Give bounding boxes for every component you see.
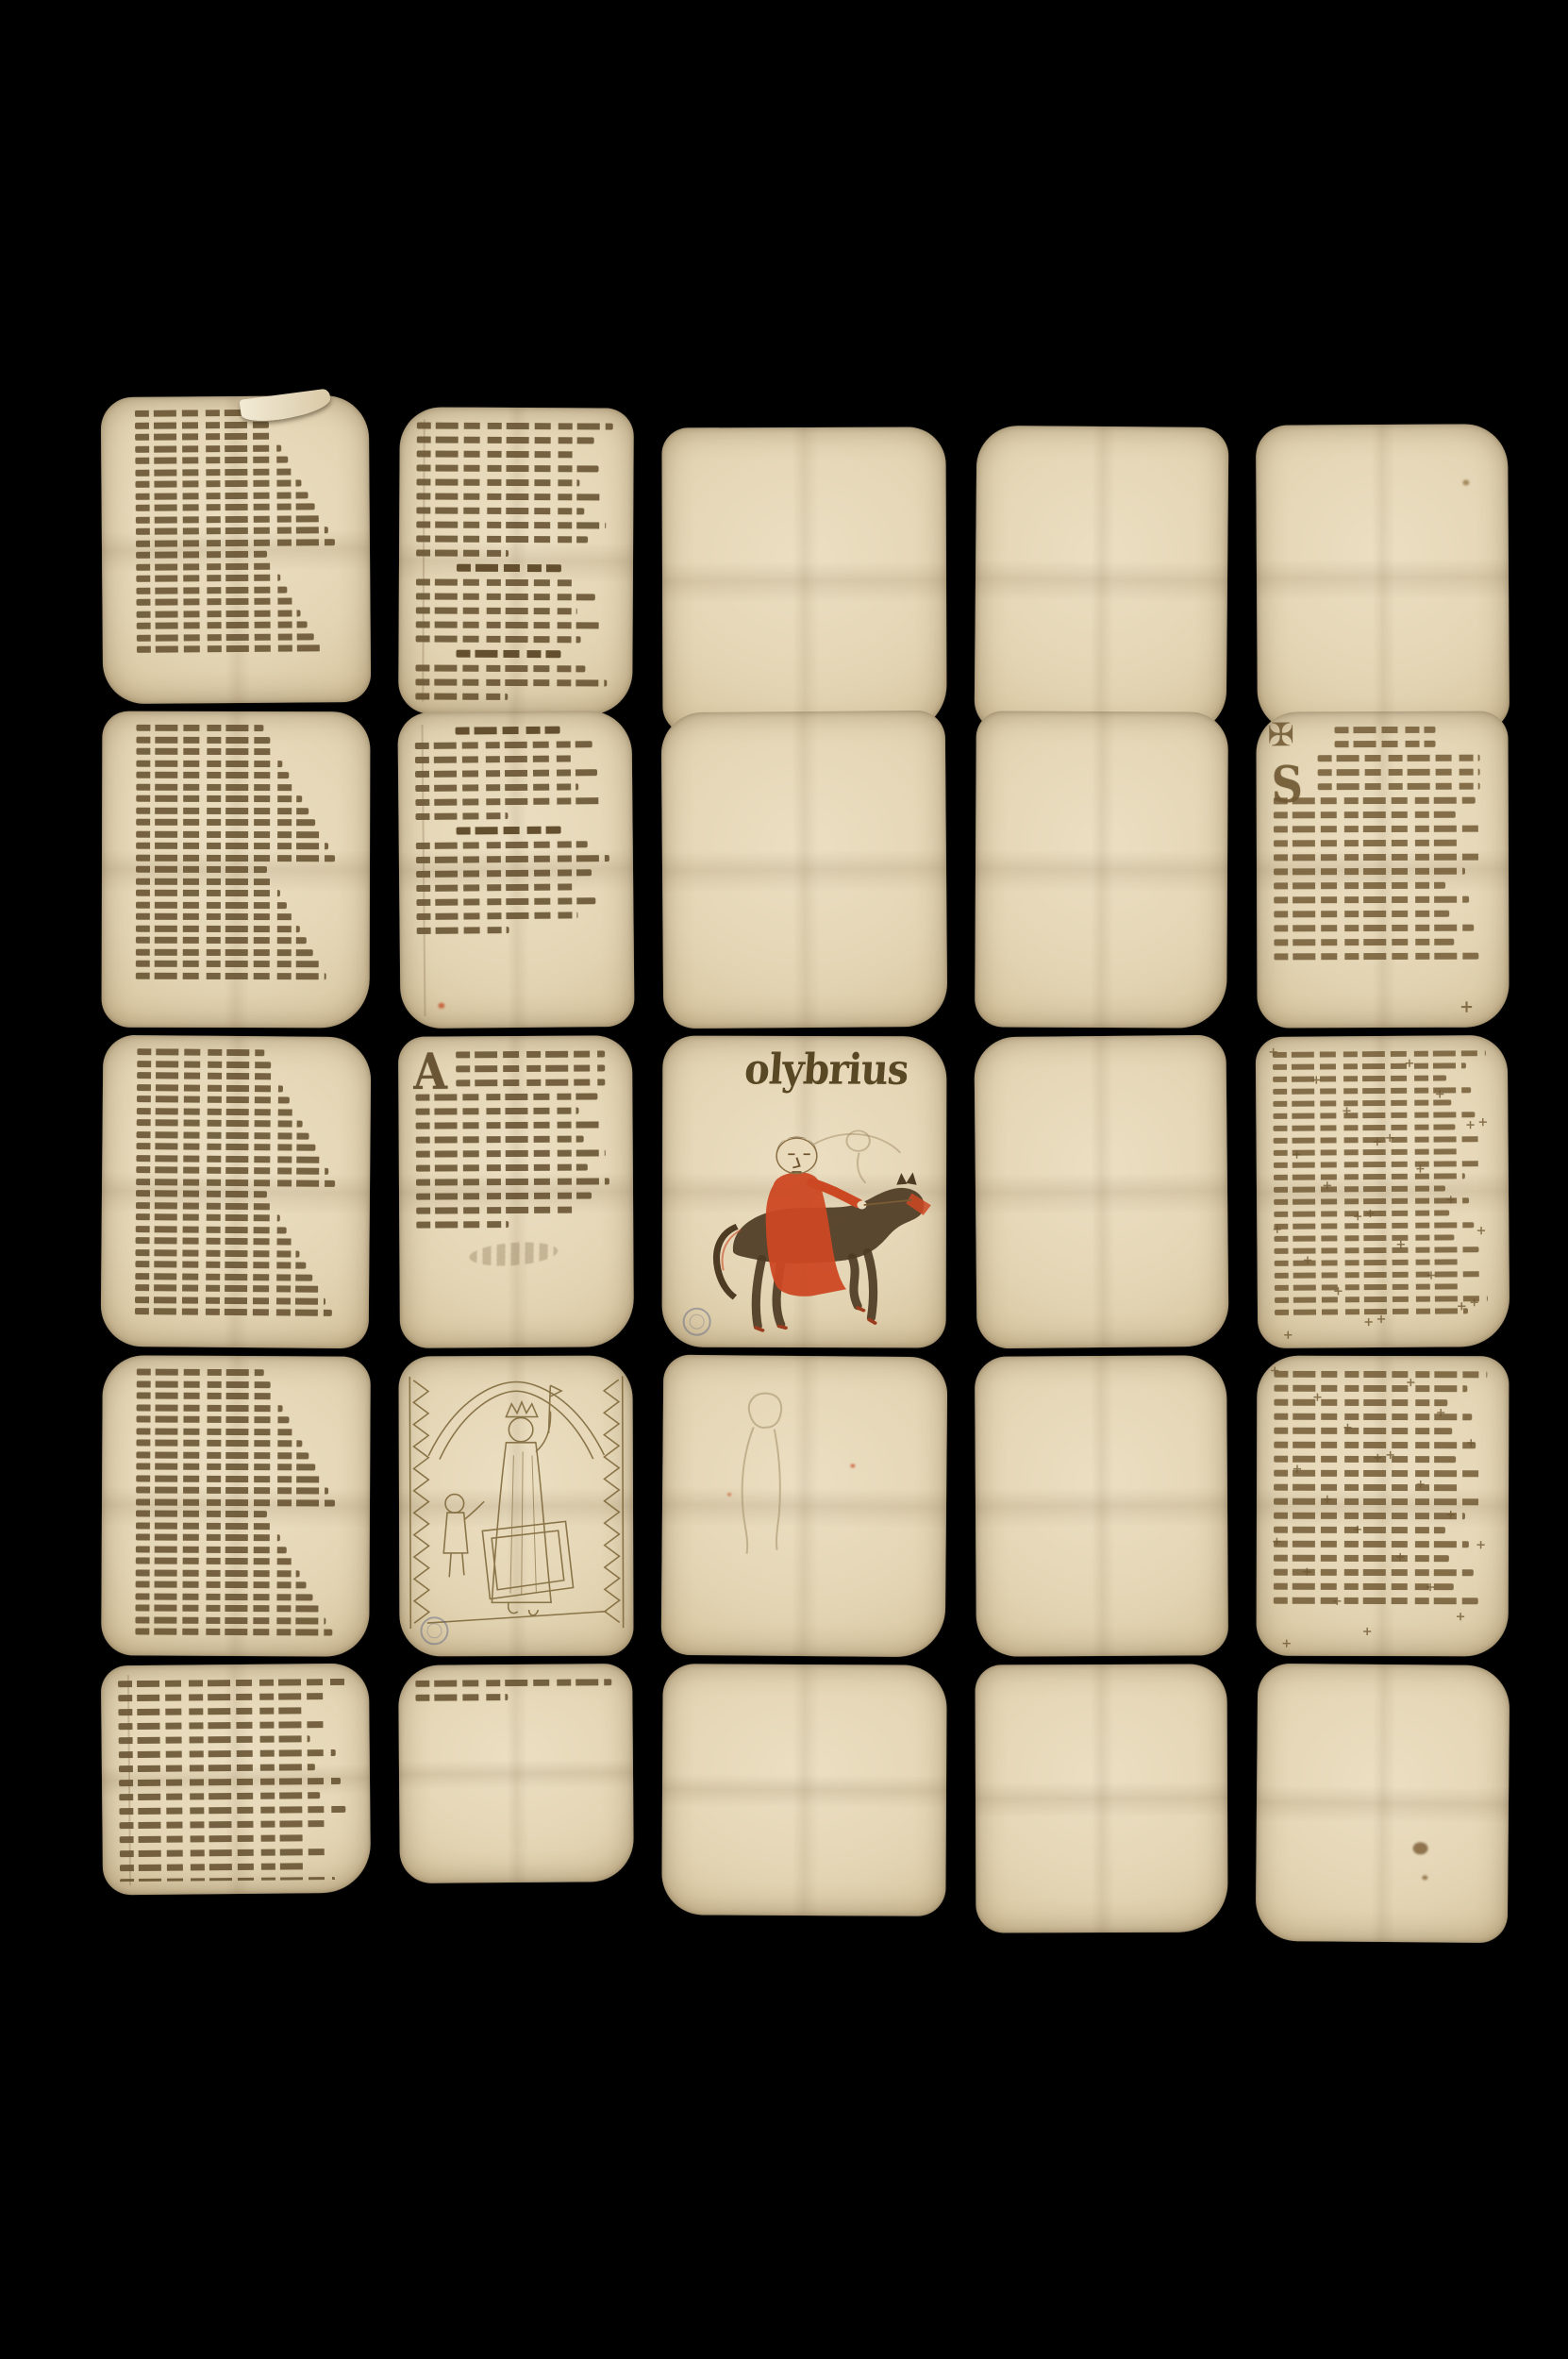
script-line: [136, 1213, 280, 1221]
panel-r4c3-sketch: [661, 1355, 948, 1658]
script-line: [135, 1308, 332, 1316]
script-line: [1274, 1513, 1465, 1520]
script-line: [135, 421, 269, 428]
script-line: [136, 586, 287, 594]
script-line: [1274, 1555, 1449, 1562]
script-line: [136, 1155, 322, 1163]
script-line: [136, 961, 320, 968]
panel-r5c3-blank: [661, 1664, 946, 1916]
script-line: [1274, 1598, 1478, 1605]
script-line: [136, 866, 267, 873]
script-line: [1274, 1470, 1480, 1478]
panel-r2c4-blank: [975, 711, 1228, 1028]
script-line: [119, 1778, 341, 1786]
script-line: [1274, 1484, 1460, 1492]
script-line: [1274, 1456, 1456, 1464]
script-text-block: [135, 1368, 356, 1643]
script-line: [416, 493, 602, 500]
script-line: [118, 1707, 305, 1715]
script-line: [1274, 1161, 1485, 1168]
script-line: [135, 1297, 325, 1305]
script-line: [1273, 1124, 1455, 1131]
script-line: [1275, 1271, 1483, 1279]
panel-r4c5-prose: ++++++++++++++++++++++: [1257, 1356, 1510, 1657]
plus-cross-icon: +: [1303, 1255, 1313, 1267]
script-text-block: [136, 725, 356, 1015]
panel-r2c2-prose: [397, 711, 634, 1029]
script-line: [1274, 925, 1474, 932]
faint-figure-sketch: [699, 1374, 890, 1593]
script-line: [416, 841, 588, 849]
plus-cross-icon: +: [1395, 1238, 1406, 1250]
script-line: [136, 1439, 302, 1447]
plus-cross-icon: +: [1456, 1611, 1466, 1623]
panel-r3c2-prose: A: [398, 1035, 634, 1348]
script-line: [416, 549, 509, 557]
script-line: [1274, 854, 1485, 862]
script-line: [136, 783, 295, 790]
script-line: [1274, 882, 1445, 890]
panel-r2c5-prose: S✠+: [1256, 711, 1509, 1029]
plus-cross-icon: +: [1385, 1132, 1395, 1145]
script-line: [136, 1475, 322, 1482]
script-line: [136, 1546, 287, 1553]
plus-cross-icon: +: [1445, 1195, 1456, 1207]
script-line: [1274, 1371, 1487, 1379]
script-line: [137, 1404, 283, 1412]
script-line: [1274, 1428, 1452, 1434]
plus-cross-icon: +: [1372, 1136, 1382, 1148]
script-line: [415, 755, 575, 763]
script-line: [1274, 939, 1454, 946]
script-line: [136, 1486, 328, 1494]
script-line: [415, 783, 578, 792]
script-line: [136, 1166, 328, 1175]
faint-numeral-scrawl: [468, 1239, 559, 1268]
panel-r1c4-blank: [975, 426, 1229, 734]
script-line: [135, 433, 275, 441]
plus-cross-icon: +: [1476, 1225, 1487, 1237]
script-line: [136, 539, 335, 547]
plus-cross-icon: +: [1332, 1596, 1343, 1608]
plus-cross-icon: +: [1460, 999, 1474, 1016]
plus-cross-icon: +: [1477, 1116, 1488, 1129]
plus-cross-icon: +: [1268, 1046, 1278, 1059]
panel-r5c1-prose: [101, 1664, 371, 1896]
plus-cross-icon: +: [1281, 1638, 1292, 1650]
script-line: [415, 678, 607, 686]
plus-cross-icon: +: [1362, 1626, 1373, 1638]
script-line: [136, 562, 274, 570]
script-line: [1274, 826, 1480, 833]
script-line: [416, 578, 574, 586]
script-line: [136, 598, 293, 606]
script-line: [1317, 769, 1479, 777]
plus-cross-icon: +: [1406, 1377, 1416, 1389]
script-line: [119, 1735, 310, 1744]
script-line: [457, 564, 561, 573]
script-line: [415, 1679, 611, 1687]
script-text-block: [415, 422, 619, 701]
script-line: [119, 1764, 315, 1772]
script-line: [136, 1179, 335, 1187]
script-line: [136, 772, 289, 778]
script-line: [1274, 1498, 1485, 1506]
script-line: [136, 1569, 300, 1577]
script-line: [416, 478, 579, 486]
script-line: [135, 1593, 312, 1600]
script-line: [415, 741, 592, 749]
script-line: [135, 1604, 319, 1612]
script-line: [136, 1557, 293, 1564]
script-line: [137, 1368, 264, 1376]
cross-pattee-icon: ✠: [1267, 719, 1294, 751]
script-line: [136, 736, 270, 743]
script-line: [137, 1380, 271, 1388]
script-line: [416, 521, 606, 528]
plus-cross-icon: +: [1426, 1269, 1437, 1281]
plus-cross-icon: +: [1333, 1285, 1343, 1297]
script-line: [137, 610, 301, 617]
script-line: [416, 1193, 592, 1200]
script-line: [417, 450, 576, 458]
script-line: [136, 1415, 289, 1423]
script-line: [120, 1863, 309, 1871]
panel-r4c4-blank: [975, 1355, 1228, 1657]
script-line: [1273, 1050, 1486, 1058]
script-line: [136, 843, 328, 850]
script-line: [456, 650, 560, 659]
script-line: [1335, 727, 1436, 733]
script-line: [119, 1749, 336, 1758]
script-line: [119, 1806, 345, 1815]
plus-cross-icon: +: [1404, 1058, 1414, 1070]
plus-cross-icon: +: [1322, 1179, 1332, 1192]
decorated-initial-letter: A: [413, 1046, 447, 1096]
script-line: [1273, 1099, 1451, 1106]
plus-cross-icon: +: [1385, 1449, 1395, 1462]
script-line: [416, 855, 609, 863]
script-line: [1274, 1399, 1447, 1406]
script-line: [136, 1428, 295, 1435]
parchment-stain: [1462, 479, 1469, 485]
plus-cross-icon: +: [1292, 1464, 1302, 1476]
plus-cross-icon: +: [1302, 1565, 1312, 1578]
script-line: [118, 1721, 330, 1730]
panel-r2c3-blank: [661, 711, 948, 1029]
plus-cross-icon: +: [1426, 1581, 1436, 1594]
script-line: [416, 1178, 609, 1185]
script-line: [1317, 783, 1479, 791]
plus-cross-icon: +: [1312, 1392, 1323, 1404]
script-line: [1274, 1234, 1454, 1242]
script-line: [415, 797, 601, 806]
script-line: [119, 1820, 325, 1829]
script-line: [1274, 1197, 1469, 1205]
parchment-stain: [438, 1003, 444, 1009]
plus-cross-icon: +: [1395, 1551, 1406, 1564]
script-line: [136, 515, 322, 524]
script-line: [1274, 868, 1465, 876]
script-line: [417, 436, 594, 443]
script-text-block: [118, 1679, 356, 1882]
rider-drawing: [670, 1085, 940, 1339]
script-line: [416, 635, 582, 643]
library-stamp-icon: [420, 1616, 448, 1645]
library-stamp-icon: [683, 1308, 711, 1336]
script-line: [456, 1079, 605, 1086]
script-line: [416, 1221, 509, 1229]
parchment-stain: [1423, 1876, 1428, 1881]
script-line: [136, 1202, 274, 1210]
script-line: [120, 1849, 330, 1857]
script-line: [136, 1190, 267, 1197]
script-line: [1274, 896, 1469, 904]
script-line: [136, 937, 307, 944]
script-line: [136, 795, 302, 802]
panel-r3c1-verse: [101, 1035, 372, 1348]
script-line: [137, 1119, 303, 1128]
script-line: [136, 878, 274, 884]
script-line: [136, 575, 280, 582]
script-text-block: [415, 726, 620, 1015]
script-line: [416, 464, 598, 472]
plus-cross-icon: +: [1376, 1313, 1386, 1326]
script-line: [416, 607, 577, 614]
script-line: [1273, 1075, 1446, 1081]
panel-r3c5-prose: ++++++++++++++++++++++++++: [1256, 1035, 1510, 1348]
script-line: [416, 1121, 602, 1129]
panel-r5c4-blank: [976, 1665, 1228, 1933]
script-line: [136, 1581, 307, 1588]
script-line: [136, 901, 287, 908]
script-line: [1273, 1062, 1466, 1070]
script-line: [135, 1616, 325, 1624]
script-line: [137, 1048, 264, 1056]
script-line: [136, 1498, 335, 1506]
script-line: [416, 912, 577, 920]
script-line: [135, 1628, 332, 1635]
script-line: [1274, 953, 1478, 961]
script-line: [136, 725, 263, 731]
script-line: [137, 1392, 277, 1399]
script-line: [1317, 755, 1479, 762]
plus-cross-icon: +: [1435, 1089, 1445, 1101]
script-line: [1274, 1222, 1474, 1230]
script-line: [136, 1131, 309, 1140]
script-line: [1274, 1385, 1467, 1393]
panel-r1c3-blank: [661, 427, 946, 734]
script-line: [120, 1877, 335, 1882]
plus-cross-icon: +: [1272, 1224, 1282, 1236]
plus-cross-icon: +: [1476, 1539, 1486, 1551]
script-line: [416, 883, 574, 892]
script-line: [118, 1679, 347, 1687]
script-line: [136, 1522, 274, 1530]
script-line: [1274, 840, 1460, 847]
script-line: [120, 1834, 304, 1843]
script-line: [137, 1096, 290, 1103]
script-line: [119, 1792, 320, 1800]
script-line: [137, 621, 308, 628]
plus-cross-icon: +: [1270, 1364, 1280, 1377]
script-text-block: [1273, 727, 1493, 1015]
script-line: [136, 1237, 293, 1245]
panel-r3c3-rider: olybrius: [662, 1036, 947, 1348]
plus-cross-icon: +: [1365, 1208, 1376, 1220]
script-line: [417, 927, 510, 934]
script-line: [1274, 1541, 1469, 1548]
script-line: [135, 444, 281, 452]
panel-r5c5-blank: [1256, 1664, 1510, 1943]
script-line: [415, 1108, 578, 1115]
script-line: [136, 819, 315, 826]
script-line: [136, 1510, 267, 1517]
plus-cross-icon: +: [1292, 1148, 1302, 1161]
panel-r1c5-blank: [1256, 424, 1510, 732]
decorated-initial-letter: S: [1272, 760, 1303, 810]
script-line: [135, 1284, 319, 1293]
script-line: [415, 769, 597, 778]
script-line: [136, 807, 309, 813]
parchment-stain: [850, 1464, 855, 1468]
script-text-block: [1274, 1371, 1494, 1644]
script-line: [416, 535, 588, 543]
script-line: [456, 827, 560, 835]
plus-cross-icon: +: [1352, 1524, 1362, 1536]
script-line: [416, 869, 592, 878]
script-line: [137, 1108, 296, 1115]
script-line: [416, 1136, 584, 1144]
plus-cross-icon: +: [1343, 1422, 1353, 1434]
script-line: [136, 1451, 309, 1459]
script-line: [137, 1072, 277, 1079]
script-text-block: [1273, 1050, 1494, 1335]
script-line: [1274, 797, 1476, 805]
saint-in-arch-drawing: [400, 1364, 632, 1649]
panel-r1c2-prose: [398, 407, 634, 714]
plus-cross-icon: +: [1373, 1452, 1383, 1464]
script-line: [136, 551, 267, 559]
script-line: [415, 1694, 508, 1701]
script-line: [1274, 1442, 1476, 1449]
plus-cross-icon: +: [1342, 1105, 1352, 1117]
script-line: [135, 457, 288, 464]
script-line: [136, 925, 300, 931]
parchment-stain: [1412, 1842, 1427, 1854]
script-line: [135, 1261, 306, 1269]
panel-r5c2-prose: [398, 1664, 634, 1883]
script-line: [136, 760, 282, 766]
script-line: [455, 727, 559, 735]
script-line: [135, 1273, 312, 1281]
script-line: [118, 1693, 325, 1701]
script-line: [416, 621, 600, 628]
script-line: [136, 1226, 287, 1233]
plus-cross-icon: +: [1322, 1494, 1332, 1506]
script-line: [135, 468, 294, 476]
script-text-block: [415, 1679, 619, 1870]
script-line: [136, 748, 275, 755]
script-line: [136, 890, 280, 896]
script-line: [416, 1149, 606, 1157]
script-line: [415, 812, 509, 820]
script-line: [136, 948, 313, 955]
script-line: [416, 1207, 574, 1214]
panel-r3c4-blank: [974, 1035, 1228, 1349]
script-line: [417, 422, 613, 429]
plus-cross-icon: +: [1436, 1407, 1446, 1419]
script-line: [1275, 1308, 1468, 1315]
script-line: [1274, 911, 1449, 918]
script-line: [136, 1143, 315, 1151]
script-line: [1274, 1185, 1445, 1192]
script-line: [415, 693, 508, 700]
script-line: [136, 492, 309, 499]
script-line: [1273, 1112, 1475, 1119]
plus-cross-icon: +: [1272, 1535, 1282, 1548]
script-line: [415, 664, 585, 672]
script-line: [416, 507, 584, 514]
script-text-block: [135, 409, 356, 691]
parchment-sheet: S✠+Aolybrius ++++++++++++++++++++++++++ …: [102, 396, 1509, 1948]
panel-r2c1-verse: [102, 711, 371, 1029]
plus-cross-icon: +: [1465, 1119, 1476, 1131]
panel-r1c1-verse: [101, 395, 372, 704]
script-text-block: [135, 1048, 357, 1335]
script-line: [416, 593, 595, 600]
script-line: [1275, 1283, 1463, 1291]
script-line: [137, 1061, 271, 1068]
script-line: [136, 1533, 280, 1541]
plus-cross-icon: +: [1415, 1163, 1426, 1176]
panel-r4c2-arch: [398, 1356, 633, 1657]
rider-caption-olybrius: olybrius: [743, 1048, 909, 1091]
panel-r4c1-verse: [101, 1355, 371, 1656]
script-line: [1274, 1173, 1465, 1180]
script-line: [136, 913, 293, 920]
plus-cross-icon: +: [1469, 1297, 1479, 1309]
script-line: [135, 1249, 299, 1258]
script-line: [136, 527, 328, 535]
script-line: [137, 644, 321, 653]
plus-cross-icon: +: [1283, 1330, 1293, 1342]
plus-cross-icon: +: [1311, 1074, 1322, 1086]
plus-cross-icon: +: [1457, 1300, 1467, 1313]
script-line: [416, 897, 596, 906]
script-line: [136, 854, 335, 862]
plus-cross-icon: +: [1445, 1509, 1456, 1521]
script-line: [137, 1084, 283, 1092]
script-line: [136, 503, 315, 510]
plus-cross-icon: +: [1353, 1211, 1363, 1223]
manuscript-photo: S✠+Aolybrius ++++++++++++++++++++++++++ …: [0, 0, 1568, 2359]
plus-cross-icon: +: [1466, 1437, 1476, 1449]
script-line: [135, 479, 301, 487]
plus-cross-icon: +: [1415, 1479, 1426, 1491]
script-line: [136, 1463, 315, 1470]
parchment-stain: [727, 1494, 731, 1497]
script-line: [137, 633, 314, 641]
plus-cross-icon: +: [1363, 1316, 1374, 1329]
script-line: [416, 1164, 588, 1172]
script-line: [136, 972, 326, 979]
script-line: [1335, 741, 1436, 747]
script-line: [456, 1050, 605, 1058]
script-line: [456, 1064, 605, 1072]
script-line: [136, 830, 322, 838]
